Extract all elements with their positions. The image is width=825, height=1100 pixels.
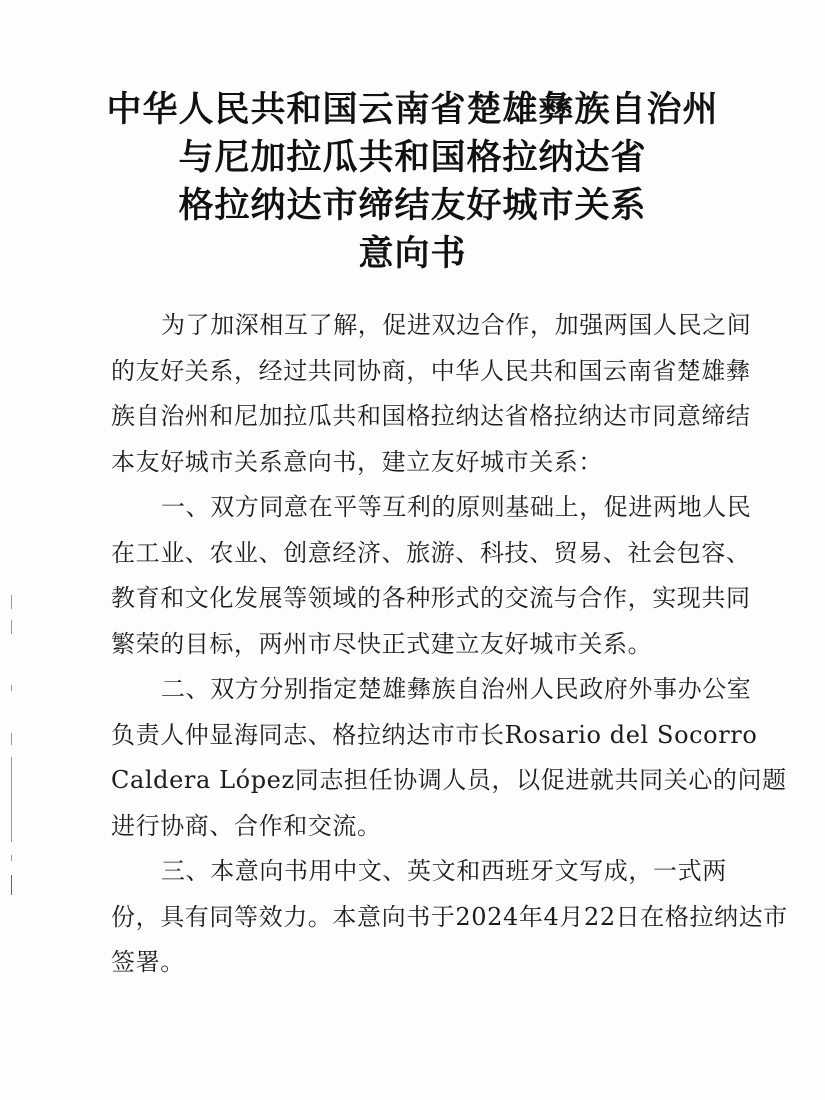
text-line: 三、本意向书用中文、英文和西班牙文写成，一式两 (111, 849, 779, 895)
text-line: 二、双方分别指定楚雄彝族自治州人民政府外事办公室 (111, 667, 779, 713)
text-line: 族自治州和尼加拉瓜共和国格拉纳达省格拉纳达市同意缔结 (111, 394, 779, 440)
document-body: 为了加深相互了解，促进双边合作，加强两国人民之间 的友好关系，经过共同协商，中华… (111, 303, 779, 986)
document-page: 中华人民共和国云南省楚雄彝族自治州 与尼加拉瓜共和国格拉纳达省 格拉纳达市缔结友… (0, 0, 825, 1100)
paragraph-clause-1: 一、双方同意在平等互利的原则基础上，促进两地人民 在工业、农业、创意经济、旅游、… (111, 485, 779, 667)
document-title: 中华人民共和国云南省楚雄彝族自治州 与尼加拉瓜共和国格拉纳达省 格拉纳达市缔结友… (0, 86, 825, 278)
margin-mark (11, 875, 12, 895)
title-line-3: 格拉纳达市缔结友好城市关系 (0, 182, 825, 230)
text-line: 的友好关系，经过共同协商，中华人民共和国云南省楚雄彝 (111, 349, 779, 395)
text-line: 教育和文化发展等领域的各种形式的交流与合作，实现共同 (111, 576, 779, 622)
text-line: 负责人仲显海同志、格拉纳达市市长Rosario del Socorro (111, 713, 779, 759)
text-line: Caldera López同志担任协调人员，以促进就共同关心的问题 (111, 758, 779, 804)
margin-mark (11, 757, 12, 842)
text-line: 本友好城市关系意向书，建立友好城市关系： (111, 440, 779, 486)
margin-mark (11, 733, 12, 745)
title-line-2: 与尼加拉瓜共和国格拉纳达省 (0, 134, 825, 182)
margin-mark (11, 685, 12, 691)
binding-margin-marks (8, 595, 14, 895)
margin-mark (11, 620, 12, 634)
paragraph-clause-2: 二、双方分别指定楚雄彝族自治州人民政府外事办公室 负责人仲显海同志、格拉纳达市市… (111, 667, 779, 849)
text-line: 在工业、农业、创意经济、旅游、科技、贸易、社会包容、 (111, 531, 779, 577)
text-line: 份，具有同等效力。本意向书于2024年4月22日在格拉纳达市 (111, 895, 779, 941)
text-line: 繁荣的目标，两州市尽快正式建立友好城市关系。 (111, 622, 779, 668)
text-line: 一、双方同意在平等互利的原则基础上，促进两地人民 (111, 485, 779, 531)
text-line: 进行协商、合作和交流。 (111, 804, 779, 850)
title-line-1: 中华人民共和国云南省楚雄彝族自治州 (0, 86, 825, 134)
text-line: 签署。 (111, 940, 779, 986)
title-line-4: 意向书 (0, 230, 825, 278)
text-line: 为了加深相互了解，促进双边合作，加强两国人民之间 (111, 303, 779, 349)
paragraph-clause-3: 三、本意向书用中文、英文和西班牙文写成，一式两 份，具有同等效力。本意向书于20… (111, 849, 779, 986)
margin-mark (11, 855, 12, 861)
margin-mark (11, 595, 12, 609)
paragraph-preamble: 为了加深相互了解，促进双边合作，加强两国人民之间 的友好关系，经过共同协商，中华… (111, 303, 779, 485)
